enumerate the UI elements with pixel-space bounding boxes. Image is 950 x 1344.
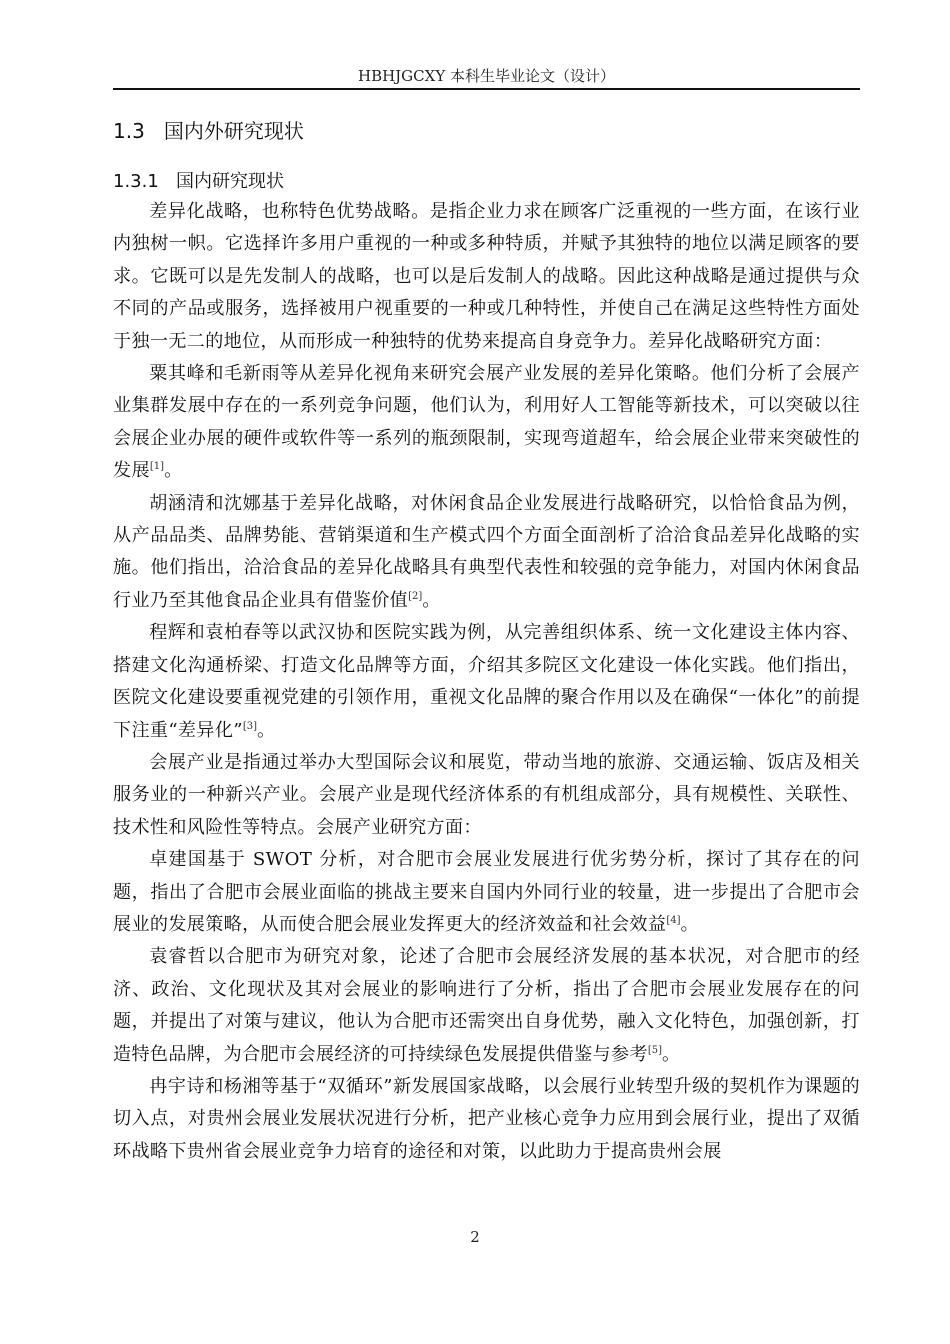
paragraph-text: 卓建国基于 SWOT 分析，对合肥市会展业发展进行优劣势分析，探讨了其存在的问题… xyxy=(113,849,860,935)
paragraph: 胡涵清和沈娜基于差异化战略，对休闲食品企业发展进行战略研究，以恰恰食品为例，从产… xyxy=(113,488,860,618)
paragraph: 袁睿哲以合肥市为研究对象，论述了合肥市会展经济发展的基本状况，对合肥市的经济、政… xyxy=(113,941,860,1071)
paragraph-text: 胡涵清和沈娜基于差异化战略，对休闲食品企业发展进行战略研究，以恰恰食品为例，从产… xyxy=(113,493,860,611)
section-number: 1.3 xyxy=(113,119,145,143)
paragraph: 程辉和袁柏春等以武汉协和医院实践为例，从完善组织体系、统一文化建设主体内容、搭建… xyxy=(113,617,860,747)
paragraph-text: 冉宇诗和杨湘等基于“双循环”新发展国家战略，以会展行业转型升级的契机作为课题的切… xyxy=(113,1076,860,1162)
running-header: HBHJGCXY 本科生毕业论文（设计） xyxy=(113,66,860,86)
subsection-number: 1.3.1 xyxy=(113,171,159,192)
paragraph-tail: 。 xyxy=(681,914,699,935)
citation-ref[interactable]: [1] xyxy=(150,461,164,472)
citation-ref[interactable]: [2] xyxy=(408,591,422,602)
paragraph-text: 袁睿哲以合肥市为研究对象，论述了合肥市会展经济发展的基本状况，对合肥市的经济、政… xyxy=(113,946,860,1064)
paragraph: 卓建国基于 SWOT 分析，对合肥市会展业发展进行优劣势分析，探讨了其存在的问题… xyxy=(113,844,860,941)
section-heading: 1.3 国内外研究现状 xyxy=(113,118,304,144)
paragraph-tail: 。 xyxy=(257,720,275,741)
paragraph-text: 程辉和袁柏春等以武汉协和医院实践为例，从完善组织体系、统一文化建设主体内容、搭建… xyxy=(113,622,860,740)
paragraph-text: 会展产业是指通过举办大型国际会议和展览，带动当地的旅游、交通运输、饭店及相关服务… xyxy=(113,752,860,838)
paragraph: 会展产业是指通过举办大型国际会议和展览，带动当地的旅游、交通运输、饭店及相关服务… xyxy=(113,747,860,844)
page-number: 2 xyxy=(0,1228,950,1246)
citation-ref[interactable]: [4] xyxy=(666,915,680,926)
paragraph-text: 差异化战略，也称特色优势战略。是指企业力求在顾客广泛重视的一些方面，在该行业内独… xyxy=(113,201,860,352)
body-text: 差异化战略，也称特色优势战略。是指企业力求在顾客广泛重视的一些方面，在该行业内独… xyxy=(113,196,860,1168)
paragraph-tail: 。 xyxy=(422,590,440,611)
subsection-heading: 1.3.1 国内研究现状 xyxy=(113,170,284,194)
paragraph-tail: 。 xyxy=(662,1044,680,1065)
section-title: 国内外研究现状 xyxy=(164,119,304,143)
citation-ref[interactable]: [3] xyxy=(243,720,257,731)
paragraph-tail: 。 xyxy=(164,460,182,481)
paragraph: 差异化战略，也称特色优势战略。是指企业力求在顾客广泛重视的一些方面，在该行业内独… xyxy=(113,196,860,358)
paragraph: 粟其峰和毛新雨等从差异化视角来研究会展产业发展的差异化策略。他们分析了会展产业集… xyxy=(113,358,860,488)
paragraph-text: 粟其峰和毛新雨等从差异化视角来研究会展产业发展的差异化策略。他们分析了会展产业集… xyxy=(113,363,860,481)
paragraph: 冉宇诗和杨湘等基于“双循环”新发展国家战略，以会展行业转型升级的契机作为课题的切… xyxy=(113,1071,860,1168)
subsection-title: 国内研究现状 xyxy=(176,171,284,192)
citation-ref[interactable]: [5] xyxy=(648,1045,662,1056)
header-divider xyxy=(113,88,860,90)
